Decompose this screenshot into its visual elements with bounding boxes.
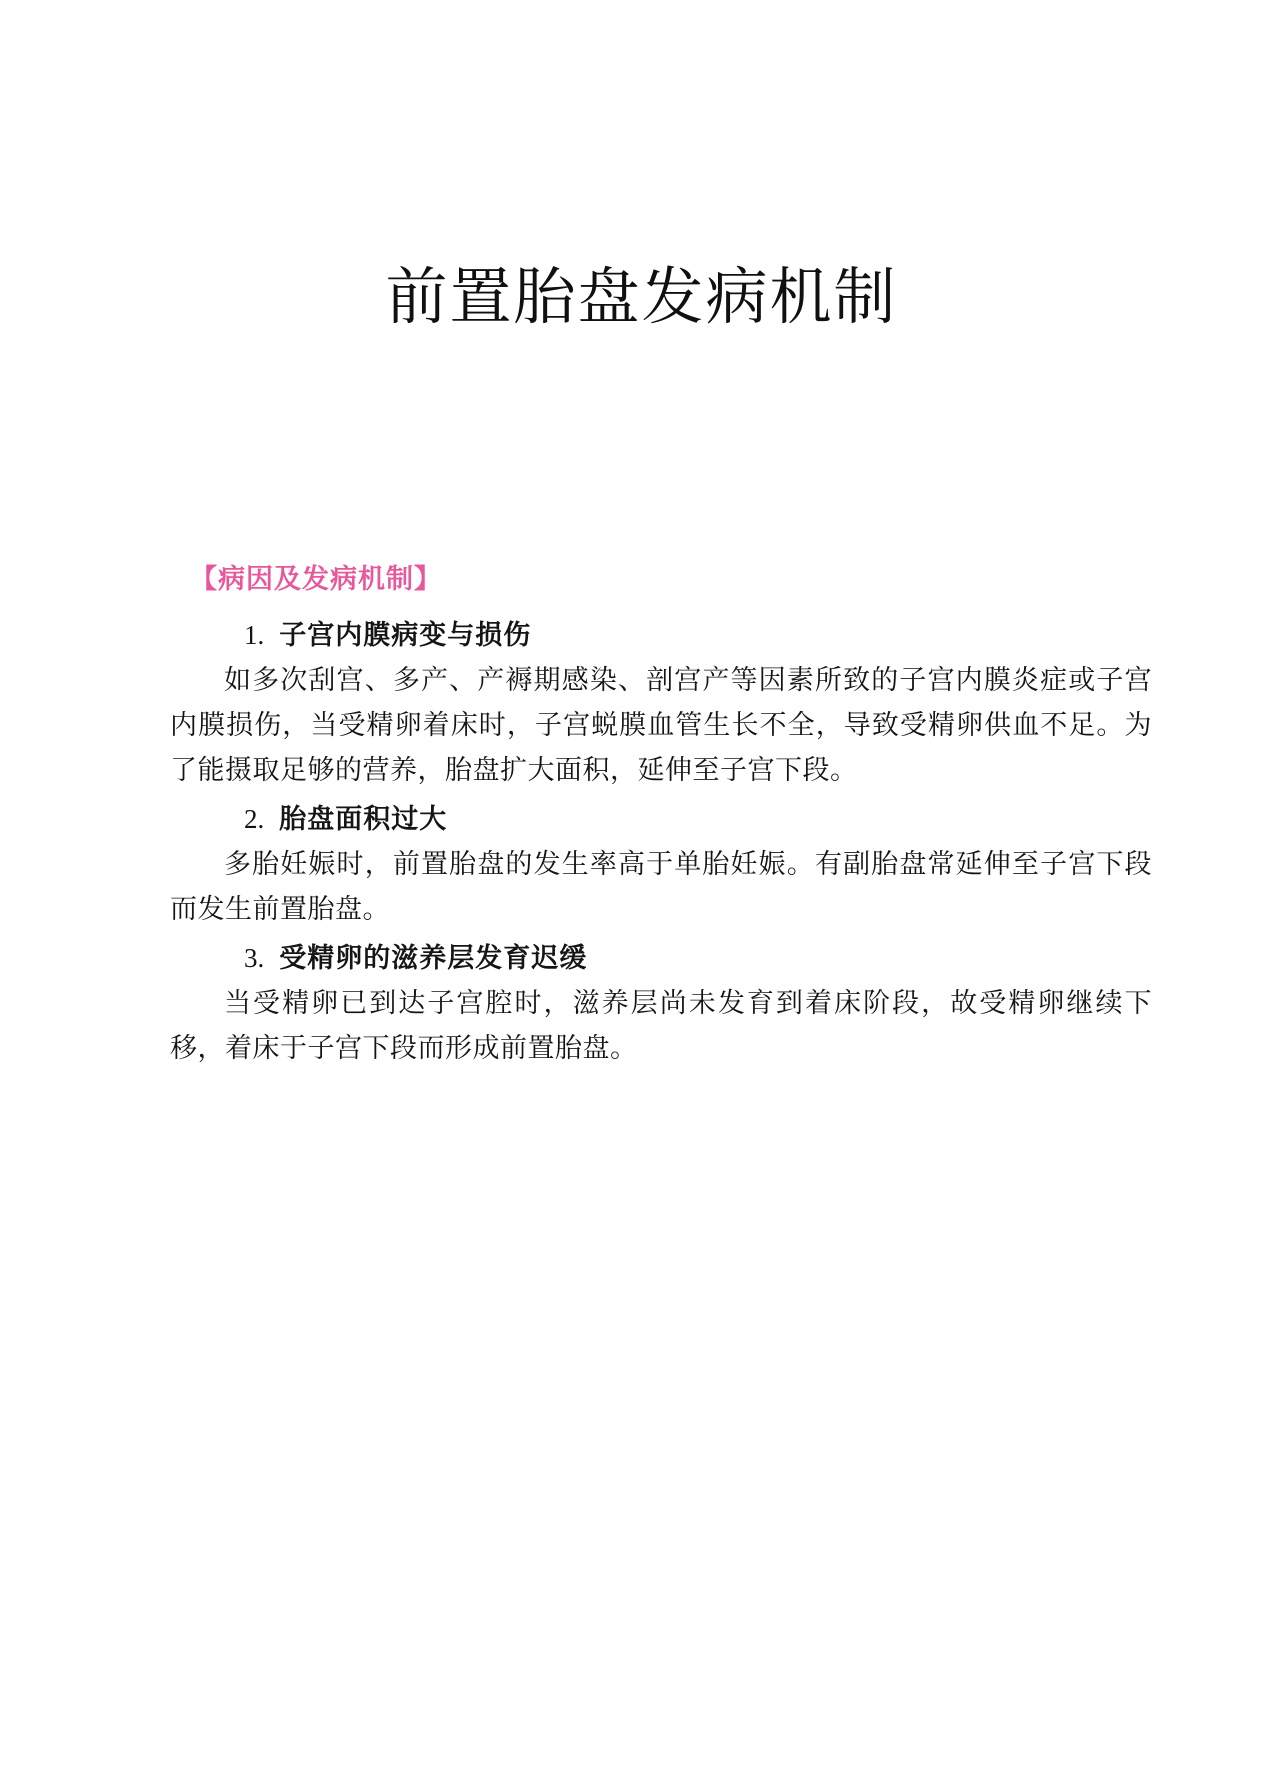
paragraph: 多胎妊娠时，前置胎盘的发生率高于单胎妊娠。有副胎盘常延伸至子宫下段而发生前置胎盘… bbox=[170, 842, 1152, 932]
paragraph: 当受精卵已到达子宫腔时，滋养层尚未发育到着床阶段，故受精卵继续下移，着床于子宫下… bbox=[170, 981, 1152, 1071]
document-page: 前置胎盘发病机制 【病因及发病机制】 1.子宫内膜病变与损伤 如多次刮宫、多产、… bbox=[0, 0, 1283, 1787]
heading-number: 3. bbox=[244, 943, 264, 973]
section-header-etiology: 【病因及发病机制】 bbox=[190, 558, 1152, 600]
document-title: 前置胎盘发病机制 bbox=[0, 250, 1283, 346]
numbered-heading: 1.子宫内膜病变与损伤 bbox=[244, 613, 1152, 658]
heading-text: 受精卵的滋养层发育迟缓 bbox=[279, 943, 587, 973]
section-placenta-area: 2.胎盘面积过大 多胎妊娠时，前置胎盘的发生率高于单胎妊娠。有副胎盘常延伸至子宫… bbox=[170, 797, 1152, 932]
section-trophoblast-delay: 3.受精卵的滋养层发育迟缓 当受精卵已到达子宫腔时，滋养层尚未发育到着床阶段，故… bbox=[170, 936, 1152, 1071]
section-endometrial-lesion: 1.子宫内膜病变与损伤 如多次刮宫、多产、产褥期感染、剖宫产等因素所致的子宫内膜… bbox=[170, 613, 1152, 793]
heading-number: 2. bbox=[244, 804, 264, 834]
numbered-heading: 3.受精卵的滋养层发育迟缓 bbox=[244, 936, 1152, 981]
document-body: 【病因及发病机制】 1.子宫内膜病变与损伤 如多次刮宫、多产、产褥期感染、剖宫产… bbox=[170, 558, 1152, 1071]
heading-number: 1. bbox=[244, 620, 264, 650]
numbered-heading: 2.胎盘面积过大 bbox=[244, 797, 1152, 842]
heading-text: 胎盘面积过大 bbox=[279, 804, 447, 834]
paragraph: 如多次刮宫、多产、产褥期感染、剖宫产等因素所致的子宫内膜炎症或子宫内膜损伤，当受… bbox=[170, 658, 1152, 793]
heading-text: 子宫内膜病变与损伤 bbox=[279, 620, 531, 650]
